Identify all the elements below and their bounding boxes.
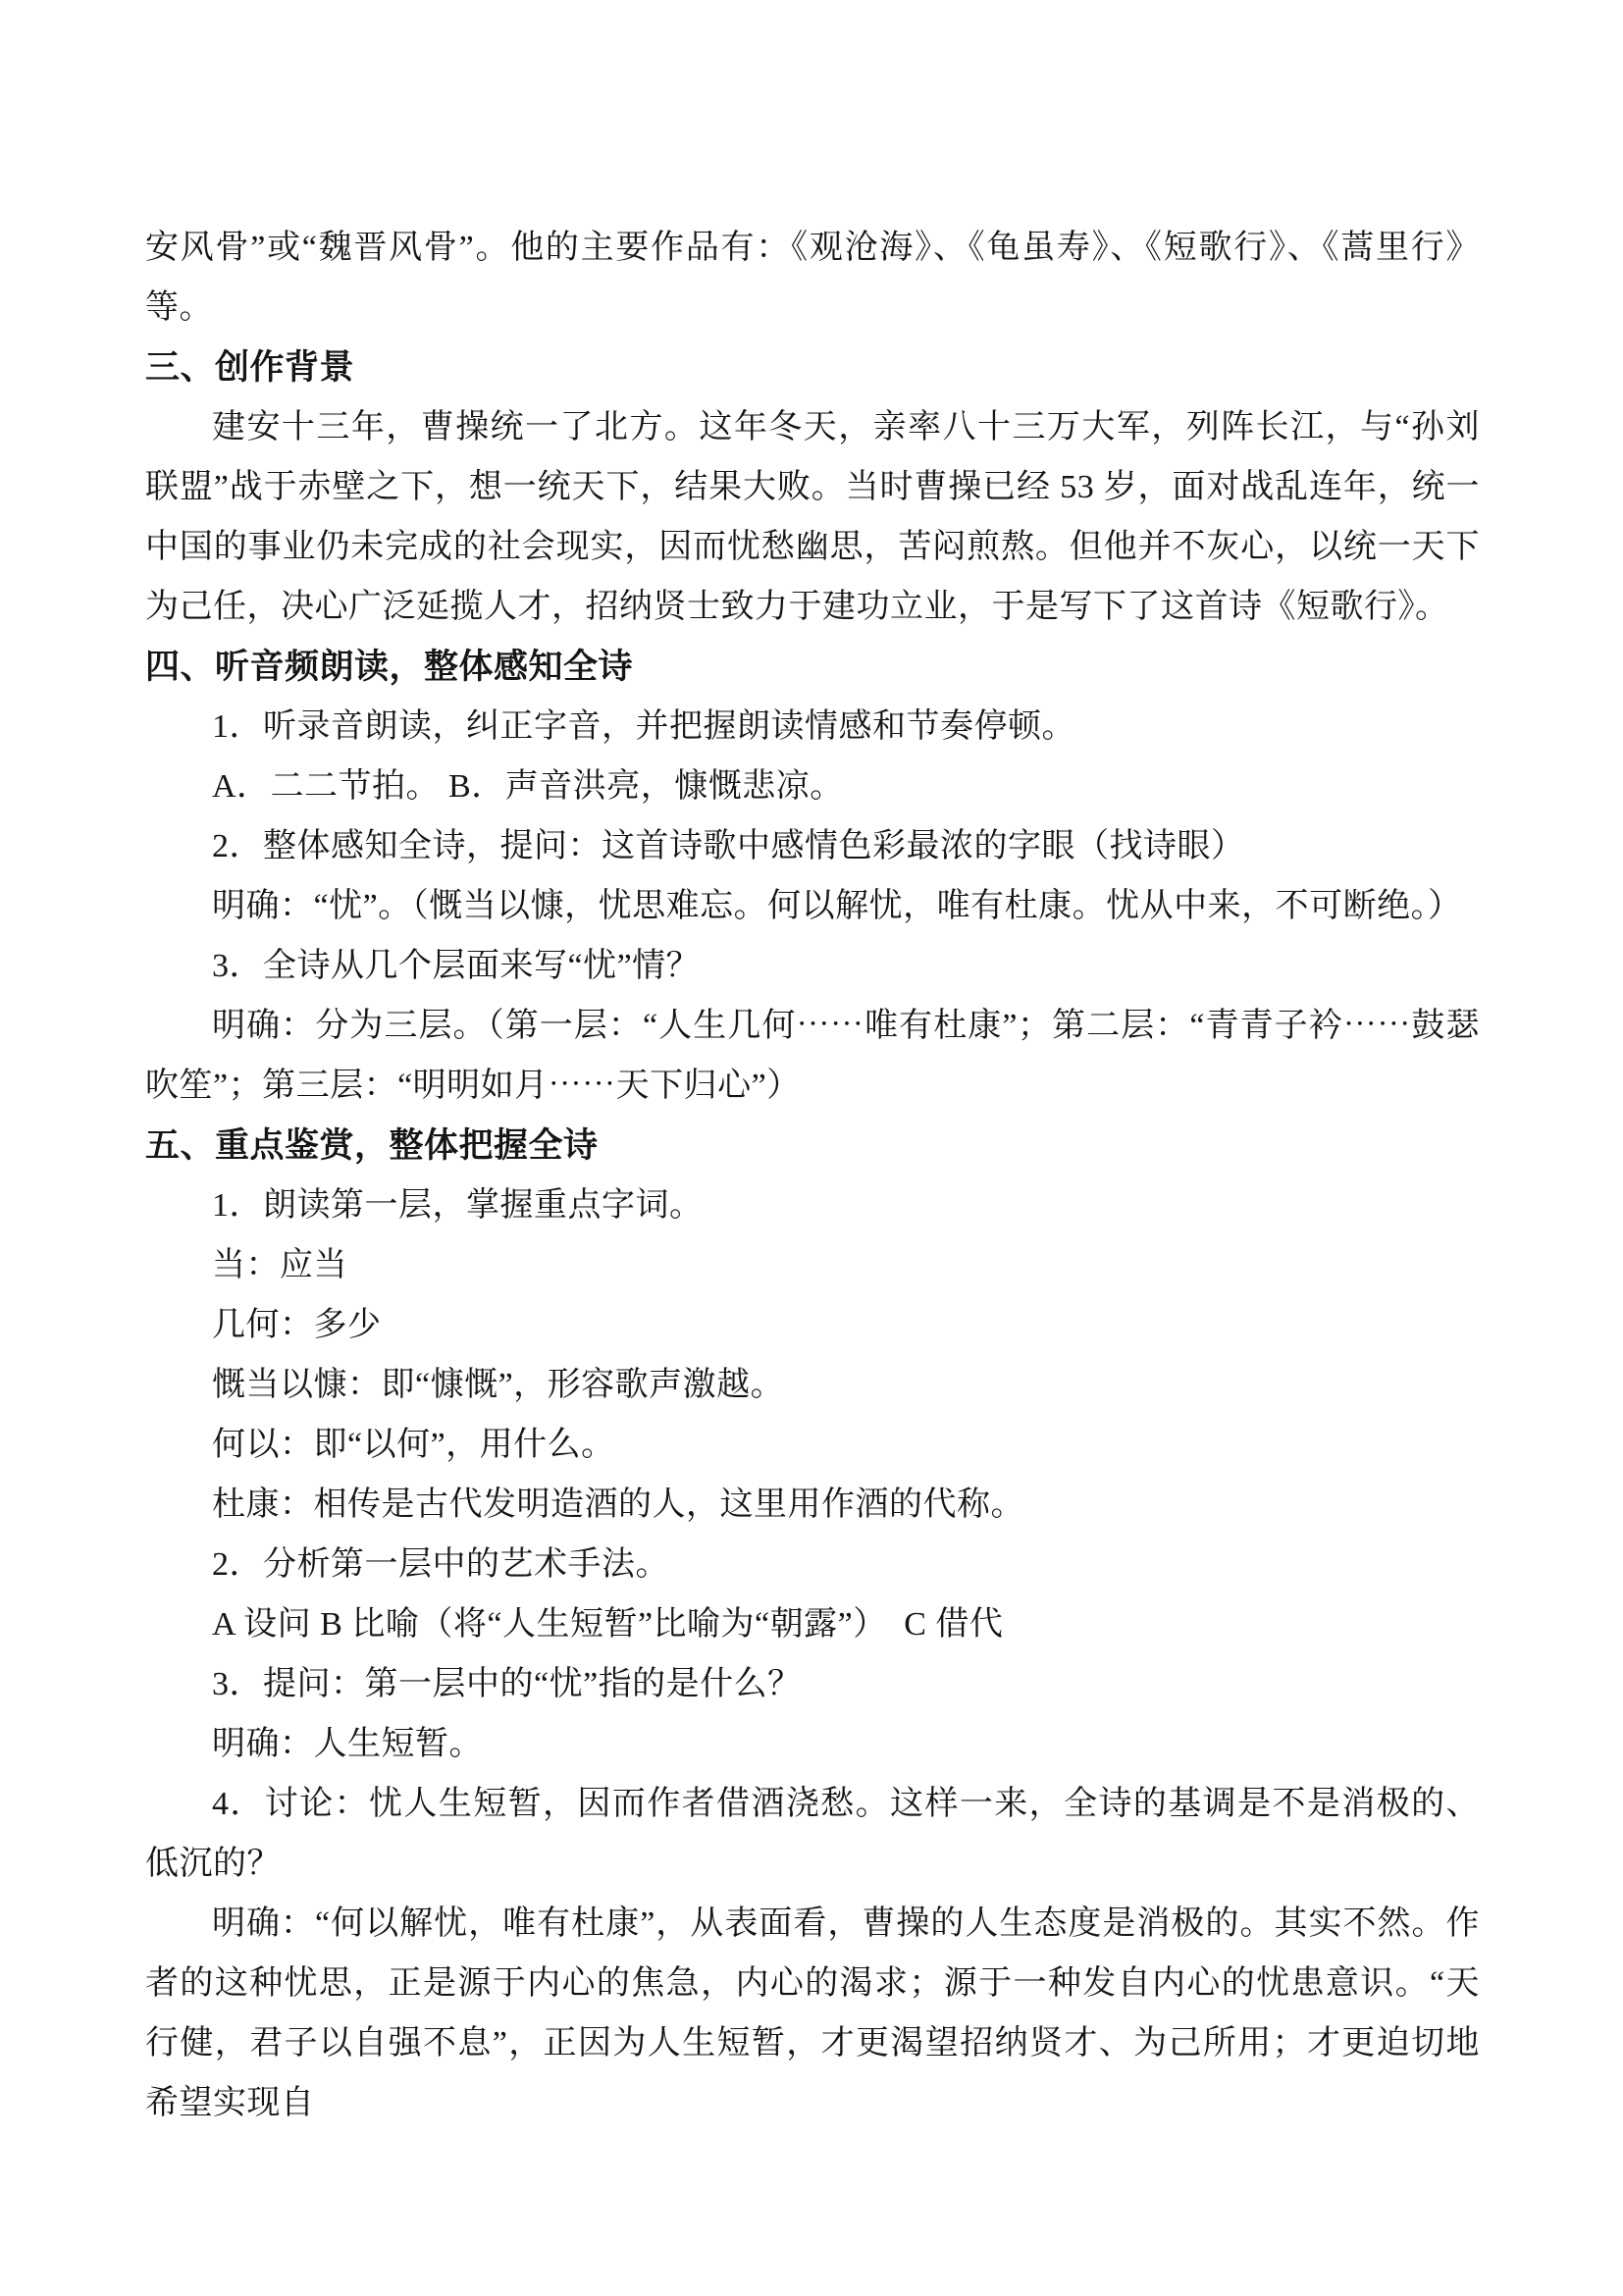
- answer-poem-eye: 明确：“忧”。（慨当以慷，忧思难忘。何以解忧，唯有杜康。忧从中来，不可断绝。）: [145, 876, 1480, 936]
- list-item-3-worry-question: 3．提问：第一层中的“忧”指的是什么？: [145, 1654, 1480, 1714]
- paragraph-background: 建安十三年，曹操统一了北方。这年冬天，亲率八十三万大军，列阵长江，与“孙刘联盟”…: [145, 397, 1480, 637]
- list-item-4-discussion: 4．讨论：忧人生短暂，因而作者借酒浇愁。这样一来，全诗的基调是不是消极的、低沉的…: [145, 1774, 1480, 1894]
- answer-three-layers: 明确：分为三层。（第一层：“人生几何⋯⋯唯有杜康”；第二层：“青青子衿⋯⋯鼓瑟吹…: [145, 996, 1480, 1116]
- list-item-1-listen: 1．听录音朗读，纠正字音，并把握朗读情感和节奏停顿。: [145, 697, 1480, 757]
- list-item-ab-rhythm: A．二二节拍。 B．声音洪亮，慷慨悲凉。: [145, 757, 1480, 816]
- glossary-dang: 当：应当: [145, 1235, 1480, 1295]
- list-item-abc-techniques: A 设问 B 比喻（将“人生短暂”比喻为“朝露”） C 借代: [145, 1594, 1480, 1654]
- paragraph-works-continuation: 安风骨”或“魏晋风骨”。他的主要作品有：《观沧海》、《龟虽寿》、《短歌行》、《蒿…: [145, 218, 1480, 338]
- section-heading-key-appreciation: 五、重点鉴赏，整体把握全诗: [145, 1116, 1480, 1175]
- glossary-kaidangyikang: 慨当以慷：即“慷慨”，形容歌声激越。: [145, 1355, 1480, 1415]
- list-item-3-layers-question: 3．全诗从几个层面来写“忧”情？: [145, 936, 1480, 996]
- list-item-2-art-technique: 2．分析第一层中的艺术手法。: [145, 1535, 1480, 1594]
- glossary-heyi: 何以：即“以何”，用什么。: [145, 1415, 1480, 1475]
- glossary-jihe: 几何：多少: [145, 1295, 1480, 1355]
- answer-discussion-analysis: 明确：“何以解忧，唯有杜康”，从表面看，曹操的人生态度是消极的。其实不然。作者的…: [145, 1894, 1480, 2133]
- list-item-2-perceive: 2．整体感知全诗，提问：这首诗歌中感情色彩最浓的字眼（找诗眼）: [145, 816, 1480, 876]
- glossary-dukang: 杜康：相传是古代发明造酒的人，这里用作酒的代称。: [145, 1475, 1480, 1535]
- document-page: 安风骨”或“魏晋风骨”。他的主要作品有：《观沧海》、《龟虽寿》、《短歌行》、《蒿…: [0, 0, 1623, 2296]
- list-item-1-read-first-layer: 1．朗读第一层，掌握重点字词。: [145, 1175, 1480, 1235]
- section-heading-creation-background: 三、创作背景: [145, 338, 1480, 397]
- answer-life-short: 明确：人生短暂。: [145, 1714, 1480, 1774]
- section-heading-listen-audio: 四、听音频朗读，整体感知全诗: [145, 637, 1480, 697]
